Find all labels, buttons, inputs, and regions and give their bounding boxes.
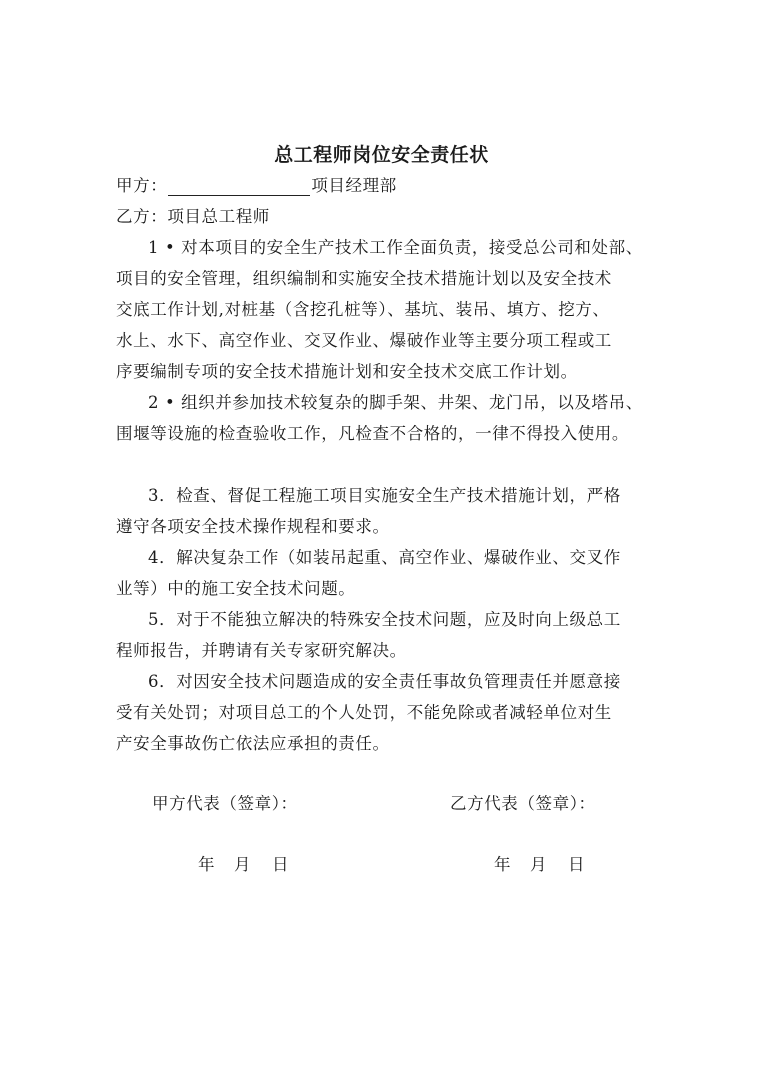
clause-line: 围堰等设施的检查验收工作，凡检查不合格的，一律不得投入使用。 xyxy=(116,420,629,444)
clause-line: 产安全事故伤亡依法应承担的责任。 xyxy=(116,730,390,754)
party-a-signature-label: 甲方代表（签章）： xyxy=(152,790,298,814)
day-label: 日 xyxy=(568,851,585,875)
clause-line: 程师报告，并聘请有关专家研究解决。 xyxy=(116,637,407,661)
clause-line: 6．对因安全技术问题造成的安全责任事故负管理责任并愿意接 xyxy=(148,668,621,692)
clause-line: 5．对于不能独立解决的特殊安全技术问题，应及时向上级总工 xyxy=(148,606,621,630)
party-a-date: 年月日 xyxy=(198,851,289,875)
document-title: 总工程师岗位安全责任状 xyxy=(0,140,763,167)
clause-line: 3．检查、督促工程施工项目实施安全生产技术措施计划，严格 xyxy=(148,482,621,506)
party-b-signature-label: 乙方代表（签章）： xyxy=(450,790,596,814)
month-label: 月 xyxy=(234,851,272,875)
party-a-blank-field[interactable] xyxy=(168,179,310,196)
party-a-label: 甲方： xyxy=(116,176,167,195)
party-a-line: 甲方：项目经理部 xyxy=(116,172,397,196)
party-b-value: 项目总工程师 xyxy=(167,207,270,226)
clause-line: 2 • 组织并参加技术较复杂的脚手架、井架、龙门吊，以及塔吊、 xyxy=(148,389,643,413)
party-b-date: 年月日 xyxy=(494,851,585,875)
clause-line: 遵守各项安全技术操作规程和要求。 xyxy=(116,513,390,537)
clause-line: 交底工作计划,对桩基（含挖孔桩等）、基坑、装吊、填方、挖方、 xyxy=(116,296,610,320)
clause-line: 项目的安全管理，组织编制和实施安全技术措施计划以及安全技术 xyxy=(116,265,612,289)
clause-line: 1 • 对本项目的安全生产技术工作全面负责，接受总公司和处部、 xyxy=(148,234,643,258)
clause-line: 受有关处罚；对项目总工的个人处罚，不能免除或者减轻单位对生 xyxy=(116,699,612,723)
clause-line: 4．解决复杂工作（如装吊起重、高空作业、爆破作业、交叉作 xyxy=(148,544,621,568)
party-b-label: 乙方： xyxy=(116,207,167,226)
clause-line: 序要编制专项的安全技术措施计划和安全技术交底工作计划。 xyxy=(116,358,578,382)
year-label: 年 xyxy=(198,851,234,875)
party-a-suffix: 项目经理部 xyxy=(311,176,397,195)
day-label: 日 xyxy=(272,851,289,875)
clause-line: 水上、水下、高空作业、交叉作业、爆破作业等主要分项工程或工 xyxy=(116,327,612,351)
month-label: 月 xyxy=(530,851,568,875)
document-page: 总工程师岗位安全责任状 甲方：项目经理部 乙方：项目总工程师 1 • 对本项目的… xyxy=(0,0,763,1080)
party-b-line: 乙方：项目总工程师 xyxy=(116,203,270,227)
clause-line: 业等）中的施工安全技术问题。 xyxy=(116,575,355,599)
year-label: 年 xyxy=(494,851,530,875)
